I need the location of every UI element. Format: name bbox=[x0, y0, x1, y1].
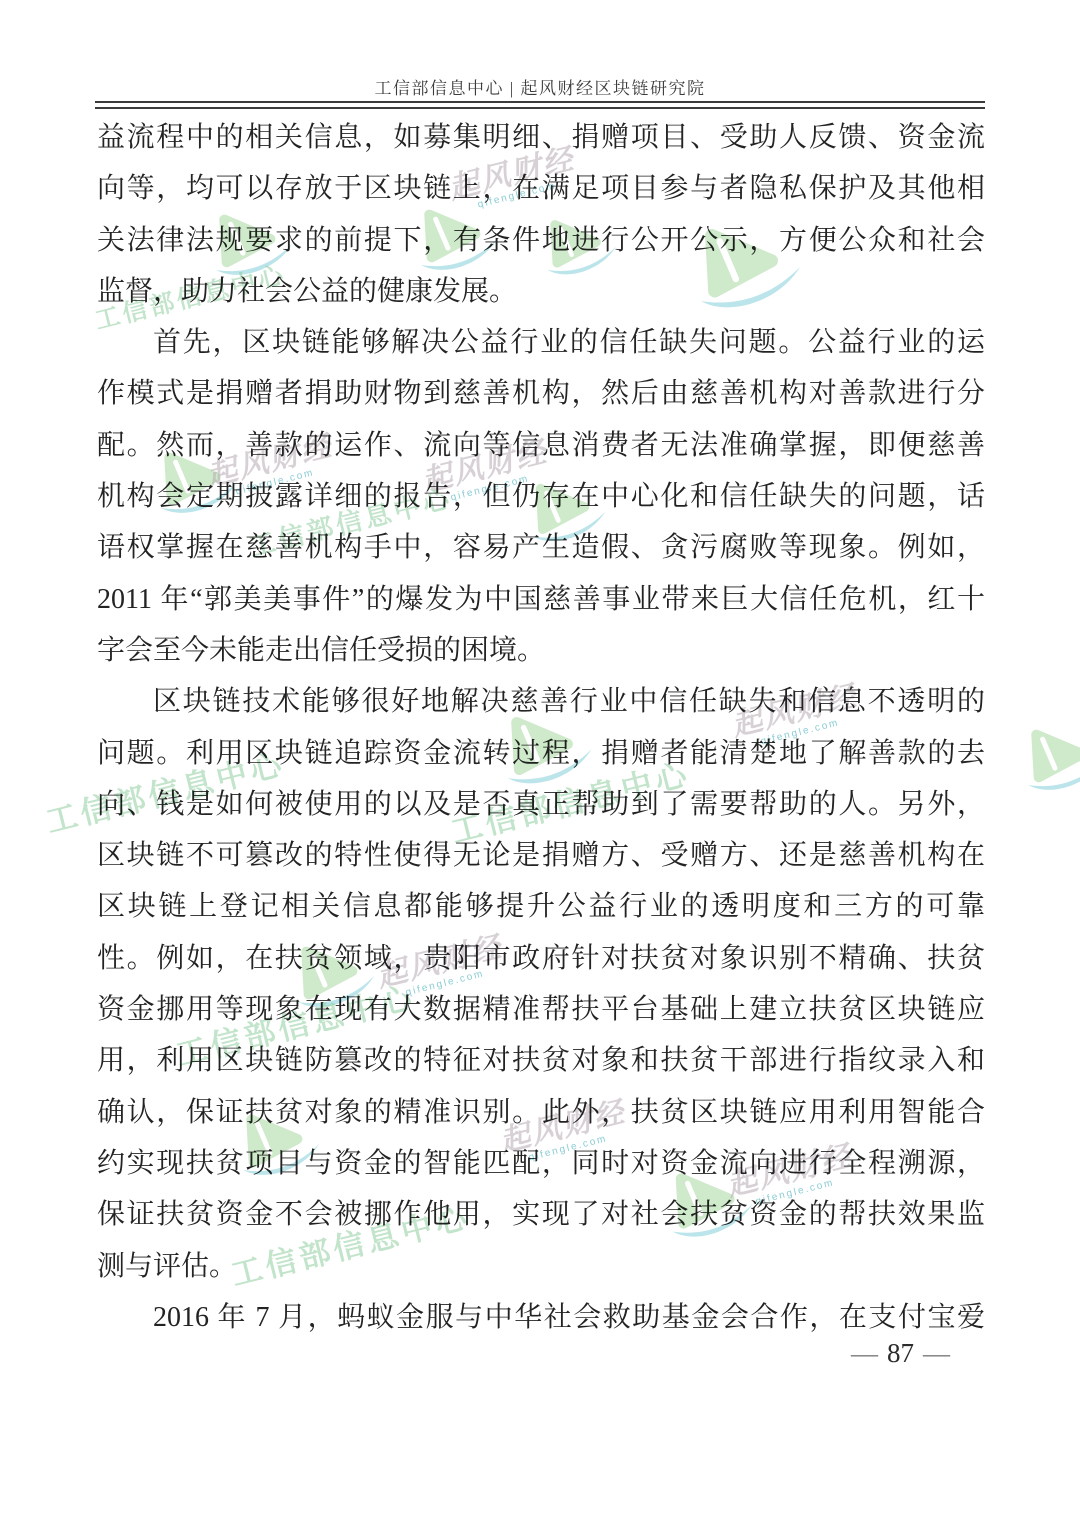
body-line: 机构会定期披露详细的报告，但仍存在中心化和信任缺失的问题，话 bbox=[97, 471, 985, 522]
body-line: 向等，均可以存放于区块链上，在满足项目参与者隐私保护及其他相 bbox=[97, 163, 985, 214]
qifeng-logo-icon bbox=[1009, 709, 1080, 801]
body-line: 用，利用区块链防篡改的特征对扶贫对象和扶贫干部进行指纹录入和 bbox=[97, 1035, 985, 1086]
footer-right-dash: — bbox=[914, 1338, 959, 1368]
body-line: 益流程中的相关信息，如募集明细、捐赠项目、受助人反馈、资金流 bbox=[97, 112, 985, 163]
body-line: 区块链不可篡改的特性使得无论是捐赠方、受赠方、还是慈善机构在 bbox=[97, 830, 985, 881]
body-line: 区块链技术能够很好地解决慈善行业中信任缺失和信息不透明的 bbox=[97, 676, 985, 727]
footer-left-dash: — bbox=[842, 1338, 887, 1368]
document-page: 工信部信息中心 | 起风财经区块链研究院 益流程中的相关信息，如募集明细、捐赠项… bbox=[0, 0, 1080, 1527]
body-line: 配。然而，善款的运作、流向等信息消费者无法准确掌握，即便慈善 bbox=[97, 420, 985, 471]
body-line: 问题。利用区块链追踪资金流转过程，捐赠者能清楚地了解善款的去 bbox=[97, 728, 985, 779]
body-line: 首先，区块链能够解决公益行业的信任缺失问题。公益行业的运 bbox=[97, 317, 985, 368]
page-footer: —87— bbox=[818, 1338, 983, 1369]
body-line: 关法律法规要求的前提下，有条件地进行公开公示，方便公众和社会 bbox=[97, 215, 985, 266]
body-line: 保证扶贫资金不会被挪作他用，实现了对社会扶贫资金的帮扶效果监 bbox=[97, 1189, 985, 1240]
body-line: 2011 年“郭美美事件”的爆发为中国慈善事业带来巨大信任危机，红十 bbox=[97, 574, 985, 625]
header-divider-rule bbox=[95, 101, 985, 109]
body-line: 测与评估。 bbox=[97, 1241, 985, 1292]
body-line: 作模式是捐赠者捐助财物到慈善机构，然后由慈善机构对善款进行分 bbox=[97, 368, 985, 419]
body-line: 性。例如，在扶贫领域，贵阳市政府针对扶贫对象识别不精确、扶贫 bbox=[97, 933, 985, 984]
page-header-title: 工信部信息中心 | 起风财经区块链研究院 bbox=[0, 74, 1080, 99]
body-text-block: 益流程中的相关信息，如募集明细、捐赠项目、受助人反馈、资金流向等，均可以存放于区… bbox=[97, 112, 985, 1343]
body-line: 字会至今未能走出信任受损的困境。 bbox=[97, 625, 985, 676]
body-line: 监督，助力社会公益的健康发展。 bbox=[97, 266, 985, 317]
body-line: 语权掌握在慈善机构手中，容易产生造假、贪污腐败等现象。例如， bbox=[97, 522, 985, 573]
body-line: 确认，保证扶贫对象的精准识别。此外，扶贫区块链应用利用智能合 bbox=[97, 1087, 985, 1138]
footer-page-number: 87 bbox=[887, 1338, 914, 1368]
watermark-logo bbox=[1009, 709, 1080, 801]
body-line: 约实现扶贫项目与资金的智能匹配，同时对资金流向进行全程溯源， bbox=[97, 1138, 985, 1189]
body-line: 向、钱是如何被使用的以及是否真正帮助到了需要帮助的人。另外， bbox=[97, 779, 985, 830]
body-line: 资金挪用等现象在现有大数据精准帮扶平台基础上建立扶贫区块链应 bbox=[97, 984, 985, 1035]
body-line: 2016 年 7 月，蚂蚁金服与中华社会救助基金会合作，在支付宝爱 bbox=[97, 1292, 985, 1343]
body-line: 区块链上登记相关信息都能够提升公益行业的透明度和三方的可靠 bbox=[97, 881, 985, 932]
